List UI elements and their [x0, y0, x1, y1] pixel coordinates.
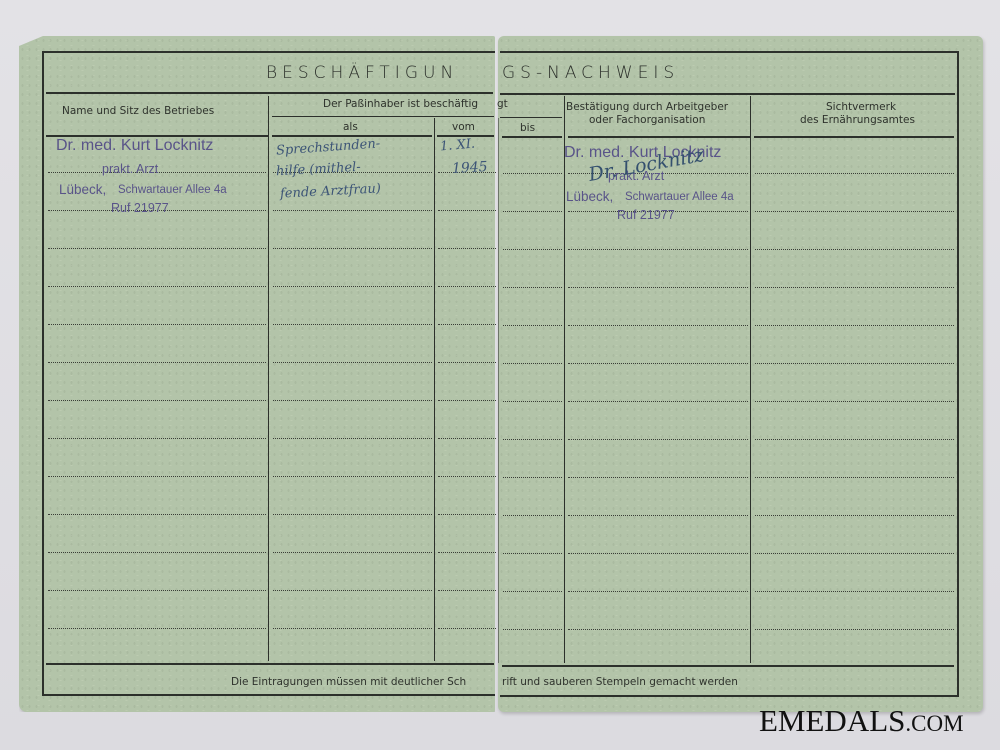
row-separator	[568, 553, 748, 554]
stamp-phone: Ruf 21977	[111, 201, 169, 215]
group-subrule-right	[500, 117, 562, 118]
row-separator	[568, 477, 748, 478]
row-separator	[438, 362, 496, 363]
row-separator	[503, 173, 562, 174]
footer-rule-right	[502, 665, 954, 667]
row-separator	[438, 324, 496, 325]
confirm-stamp-address: Schwartauer Allee 4a	[625, 191, 734, 203]
row-separator	[273, 400, 432, 401]
row-separator	[48, 552, 266, 553]
col-divider-bis-bestaetigung	[564, 96, 565, 663]
col-divider-bestaetigung-sicht	[750, 96, 751, 663]
row-separator	[438, 210, 496, 211]
row-separator	[568, 249, 748, 250]
row-separator	[48, 590, 266, 591]
row-separator	[48, 400, 266, 401]
row-separator	[438, 248, 496, 249]
watermark-logo: EMEDALS.COM	[759, 703, 964, 739]
row-separator	[503, 477, 562, 478]
row-separator	[273, 476, 432, 477]
start-date-day: 1. XI.	[439, 137, 475, 155]
row-separator	[755, 325, 954, 326]
row-separator	[755, 211, 954, 212]
stamp-title: prakt. Arzt	[102, 162, 158, 176]
col-header-bis: bis	[520, 121, 535, 135]
col-header-sichtvermerk-2: des Ernährungsamtes	[800, 113, 915, 127]
footer-rule-left	[46, 663, 494, 665]
row-separator	[503, 211, 562, 212]
row-separator	[438, 552, 496, 553]
row-separator	[273, 590, 432, 591]
confirm-stamp-city: Lübeck,	[566, 189, 613, 204]
col-header-als: als	[343, 120, 358, 134]
row-separator	[568, 363, 748, 364]
row-separator	[273, 628, 432, 629]
row-separator	[755, 439, 954, 440]
stamp-name: Dr. med. Kurt Locknitz	[56, 137, 213, 155]
row-separator	[438, 628, 496, 629]
row-separator	[503, 401, 562, 402]
row-separator	[438, 514, 496, 515]
col-header-group: Der Paßinhaber ist beschäftig	[323, 97, 478, 111]
row-separator	[755, 363, 954, 364]
row-separator	[755, 249, 954, 250]
row-separator	[568, 591, 748, 592]
row-separator	[48, 286, 266, 287]
row-separator	[503, 287, 562, 288]
col-divider-name-als	[268, 96, 269, 661]
stamp-city: Lübeck,	[59, 182, 106, 197]
row-separator	[503, 515, 562, 516]
row-separator	[48, 324, 266, 325]
row-separator	[273, 552, 432, 553]
col-header-bestaetigung-1: Bestätigung durch Arbeitgeber	[566, 100, 728, 114]
row-separator	[273, 362, 432, 363]
row-separator	[48, 628, 266, 629]
stamp-address: Schwartauer Allee 4a	[118, 184, 227, 196]
col-divider-vom-bis	[498, 118, 499, 663]
row-separator	[273, 324, 432, 325]
group-subrule-left	[272, 116, 494, 117]
row-separator	[48, 362, 266, 363]
col-header-vom: vom	[452, 120, 475, 134]
row-separator	[503, 325, 562, 326]
row-separator	[755, 629, 954, 630]
row-separator	[568, 515, 748, 516]
header-rule-right	[500, 93, 955, 95]
row-separator	[755, 591, 954, 592]
row-separator	[755, 401, 954, 402]
row-separator	[755, 553, 954, 554]
row-separator	[273, 514, 432, 515]
row-separator	[438, 590, 496, 591]
start-date-year: 1945	[452, 159, 488, 177]
row-separator	[568, 287, 748, 288]
title-right: GS-NACHWEIS	[502, 63, 679, 83]
row-separator	[48, 476, 266, 477]
title-left: BESCHÄFTIGUN	[266, 63, 458, 83]
row-separator	[438, 476, 496, 477]
row-separator	[755, 515, 954, 516]
row-separator	[503, 591, 562, 592]
row-separator	[503, 629, 562, 630]
row-separator	[503, 363, 562, 364]
row-separator	[273, 210, 432, 211]
watermark-suffix: .COM	[905, 711, 963, 736]
row-separator	[438, 438, 496, 439]
row-separator	[568, 629, 748, 630]
row-separator	[568, 401, 748, 402]
row-separator	[568, 325, 748, 326]
footer-instruction-right: rift und sauberen Stempeln gemacht werde…	[502, 676, 738, 688]
col-header-name: Name und Sitz des Betriebes	[62, 104, 214, 118]
confirm-stamp-phone: Ruf 21977	[617, 208, 675, 222]
col-header-sichtvermerk-1: Sichtvermerk	[826, 100, 896, 114]
row-separator	[503, 439, 562, 440]
row-separator	[568, 439, 748, 440]
row-separator	[755, 477, 954, 478]
header-bottom-rule-2	[272, 135, 432, 137]
col-header-bestaetigung-2: oder Fachorganisation	[589, 113, 705, 127]
header-bottom-rule-4	[502, 136, 562, 138]
row-separator	[48, 438, 266, 439]
col-divider-als-vom	[434, 118, 435, 661]
header-rule-left	[46, 92, 493, 94]
footer-instruction-left: Die Eintragungen müssen mit deutlicher S…	[231, 676, 466, 688]
row-separator	[273, 248, 432, 249]
row-separator	[503, 553, 562, 554]
col-header-group-cont: gt	[497, 97, 508, 111]
watermark-main: EMEDALS	[759, 703, 905, 738]
header-bottom-rule-6	[754, 136, 954, 138]
row-separator	[755, 173, 954, 174]
row-separator	[438, 400, 496, 401]
row-separator	[503, 249, 562, 250]
row-separator	[755, 287, 954, 288]
row-separator	[48, 514, 266, 515]
row-separator	[273, 438, 432, 439]
row-separator	[273, 286, 432, 287]
row-separator	[48, 248, 266, 249]
header-bottom-rule-5	[568, 136, 750, 138]
row-separator	[438, 286, 496, 287]
